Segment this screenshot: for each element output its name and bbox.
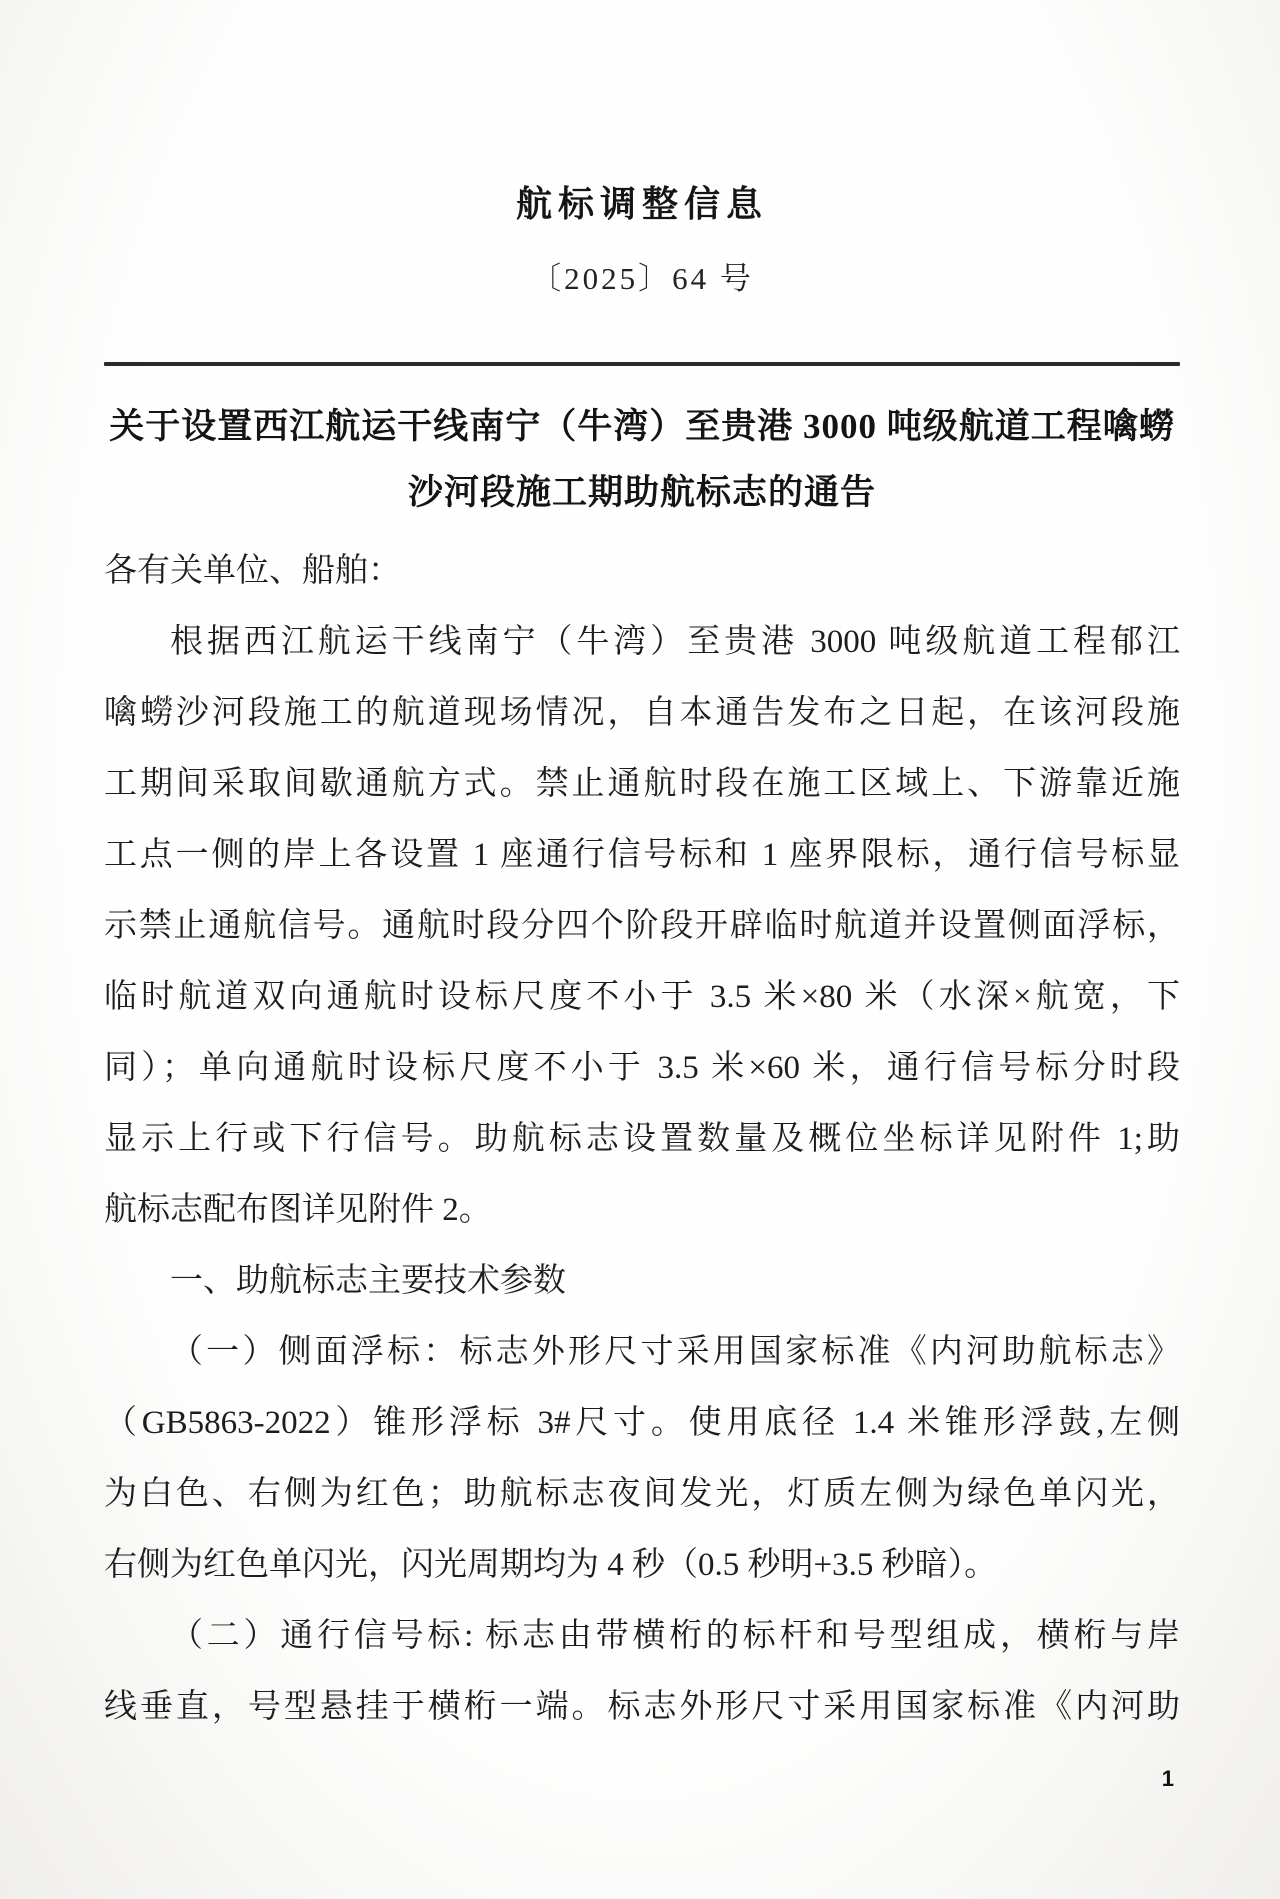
body-line: 根据西江航运干线南宁（牛湾）至贵港 3000 吨级航道工程郁江 [104,607,1180,678]
body-line: 工期间采取间歇通航方式。禁止通航时段在施工区域上、下游靠近施 [104,749,1180,820]
body-line-section-heading: 一、助航标志主要技术参数 [104,1246,1180,1317]
body-line: 显示上行或下行信号。助航标志设置数量及概位坐标详见附件 1;助 [104,1104,1180,1175]
divider-rule [104,362,1180,366]
notice-title-line-2: 沙河段施工期助航标志的通告 [104,460,1180,526]
body-line: 示禁止通航信号。通航时段分四个阶段开辟临时航道并设置侧面浮标， [104,891,1180,962]
notice-title: 关于设置西江航运干线南宁（牛湾）至贵港 3000 吨级航道工程噙蟧 沙河段施工期… [104,394,1180,526]
document-content: 航标调整信息 〔2025〕64 号 关于设置西江航运干线南宁（牛湾）至贵港 30… [104,0,1180,1743]
body-line: 右侧为红色单闪光，闪光周期均为 4 秒（0.5 秒明+3.5 秒暗）。 [104,1530,1180,1601]
notice-title-line-1: 关于设置西江航运干线南宁（牛湾）至贵港 3000 吨级航道工程噙蟧 [104,394,1180,460]
body-line: 临时航道双向通航时设标尺度不小于 3.5 米×80 米（水深×航宽，下 [104,962,1180,1033]
body-line: 工点一侧的岸上各设置 1 座通行信号标和 1 座界限标，通行信号标显 [104,820,1180,891]
document-body: 各有关单位、船舶： 根据西江航运干线南宁（牛湾）至贵港 3000 吨级航道工程郁… [104,536,1180,1743]
body-line: （一）侧面浮标：标志外形尺寸采用国家标准《内河助航标志》 [104,1317,1180,1388]
body-line: 同）；单向通航时设标尺度不小于 3.5 米×60 米，通行信号标分时段 [104,1033,1180,1104]
issue-number: 〔2025〕64 号 [104,253,1180,298]
body-line: （二）通行信号标: 标志由带横桁的标杆和号型组成，横桁与岸 [104,1601,1180,1672]
document-page: 航标调整信息 〔2025〕64 号 关于设置西江航运干线南宁（牛湾）至贵港 30… [0,0,1280,1899]
body-line: （GB5863-2022）锥形浮标 3#尺寸。使用底径 1.4 米锥形浮鼓,左侧 [104,1388,1180,1459]
masthead-title: 航标调整信息 [104,176,1180,227]
body-line: 为白色、右侧为红色；助航标志夜间发光，灯质左侧为绿色单闪光， [104,1459,1180,1530]
body-line: 线垂直，号型悬挂于横桁一端。标志外形尺寸采用国家标准《内河助 [104,1672,1180,1743]
body-line: 噙蟧沙河段施工的航道现场情况，自本通告发布之日起，在该河段施 [104,678,1180,749]
body-line-salutation: 各有关单位、船舶： [104,536,1180,607]
body-line: 航标志配布图详见附件 2。 [104,1175,1180,1246]
page-number: 1 [1162,1766,1174,1792]
